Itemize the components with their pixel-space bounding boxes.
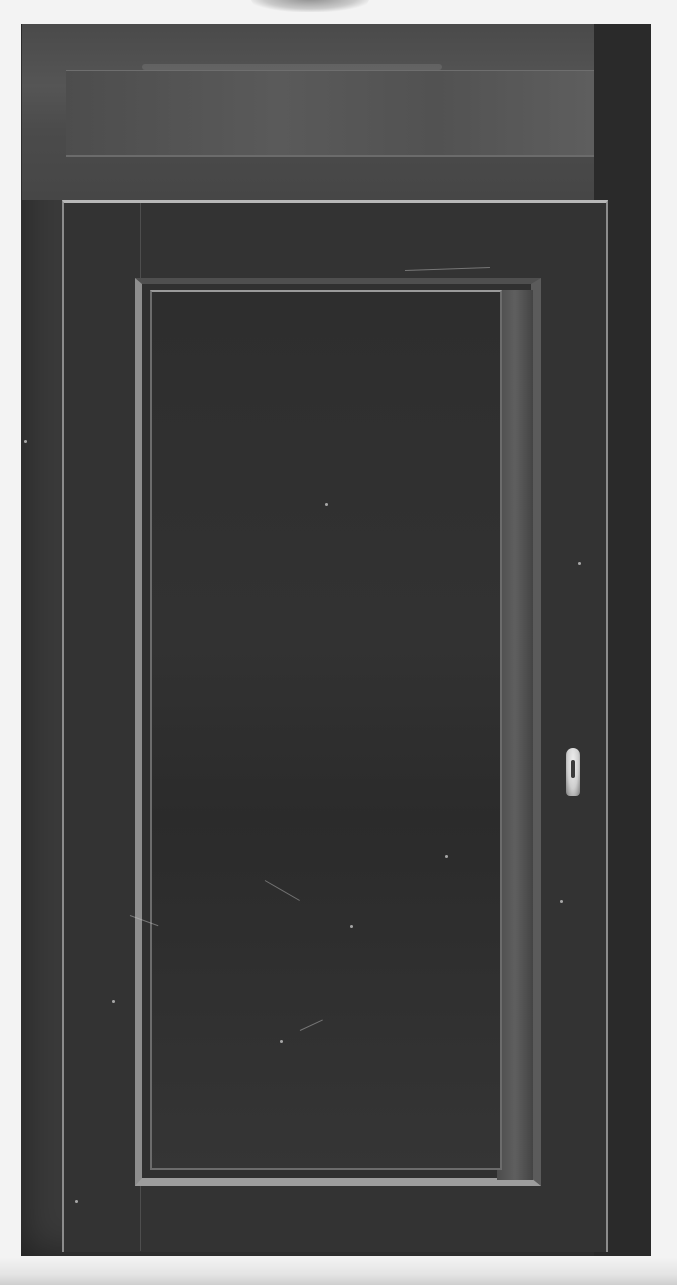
speck — [350, 925, 353, 928]
raised-panel — [150, 290, 502, 1170]
keyhole-icon — [571, 760, 575, 778]
panel-bevel-right — [497, 290, 533, 1180]
speck — [280, 1040, 283, 1043]
speck — [578, 562, 581, 565]
speck — [560, 900, 563, 903]
speck — [445, 855, 448, 858]
door-photograph — [0, 0, 677, 1285]
frieze-panel — [66, 70, 594, 157]
speck — [112, 1000, 115, 1003]
keyhole-escutcheon — [566, 748, 580, 796]
speck — [24, 440, 27, 443]
floor-base — [0, 1258, 677, 1285]
speck — [325, 503, 328, 506]
top-ornament — [250, 0, 370, 12]
speck — [75, 1200, 78, 1203]
